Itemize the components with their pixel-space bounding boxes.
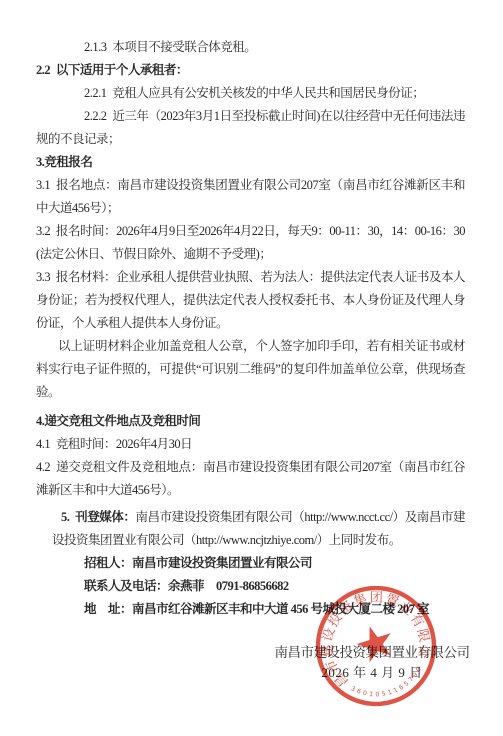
- clause-2-2-2: 2.2.2 近三年（2023年3月1日至投标截止时间)在以往经营中无任何违法违规…: [36, 105, 465, 151]
- heading-4: 4.递交竞租文件地点及竞租时间: [36, 410, 465, 433]
- heading-2-2: 2.2 以下适用于个人承租者：: [36, 59, 465, 82]
- star-icon: [352, 621, 397, 665]
- clause-3-2: 3.2 报名时间：2026年4月9日至2026年4月22日，每天9：00-11：…: [36, 220, 465, 266]
- clause-4-2: 4.2 递交竞租文件及竞租地点：南昌市建设投资集团有限公司207室（南昌市红谷滩…: [36, 456, 465, 502]
- document-page: 2.1.3 本项目不接受联合体竞租。 2.2 以下适用于个人承租者： 2.2.1…: [0, 0, 503, 736]
- clause-4-1: 4.1 竞租时间：2026年4月30日: [36, 433, 465, 456]
- clause-3-3: 3.3 报名材料：企业承租人提供营业执照、若为法人：提供法定代表人证书及本人身份…: [36, 266, 465, 335]
- heading-3: 3.竞租报名: [36, 151, 465, 174]
- clause-5-label: 5. 刊登媒体：: [61, 510, 136, 524]
- clause-2-1-3: 2.1.3 本项目不接受联合体竞租。: [36, 36, 465, 59]
- clause-3-1: 3.1 报名地点：南昌市建设投资集团置业有限公司207室（南昌市红谷滩新区丰和中…: [36, 174, 465, 220]
- clause-2-2-1: 2.2.1 竞租人应具有公安机关核发的中华人民共和国居民身份证；: [36, 82, 465, 105]
- clause-5: 5. 刊登媒体：南昌市建设投资集团有限公司（http://www.ncct.cc…: [52, 506, 465, 552]
- materials-note: 以上证明材料企业加盖竞租人公章，个人签字加印手印，若有相关证书或材料实行电子证件…: [36, 335, 465, 404]
